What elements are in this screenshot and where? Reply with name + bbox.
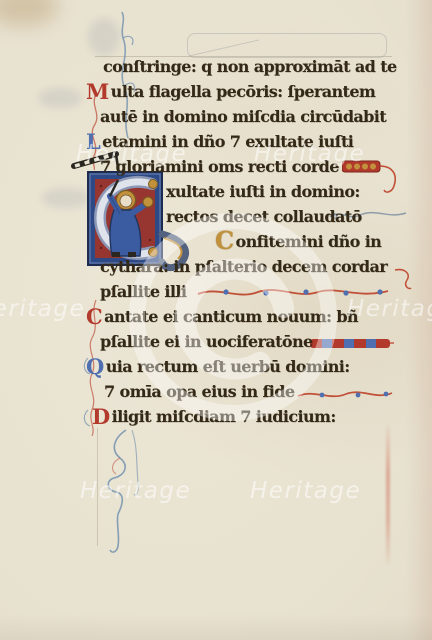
line-text: xultate iuſti in domino: — [166, 182, 360, 201]
manuscript-line: conſtringe: q non approximāt ad te — [103, 57, 397, 79]
penwork-initial: C — [86, 308, 102, 326]
manuscript-line: xultate iuſti in domino: — [166, 182, 360, 204]
line-text: etamini in dño 7 exultate iuſti — [102, 132, 353, 151]
parchment-right-edge-tint — [406, 0, 432, 640]
parchment-corner-stain — [0, 0, 58, 26]
red-margin-squiggle — [393, 266, 415, 292]
circle-c-logo-watermark — [123, 207, 345, 429]
parchment-bottom-shade — [0, 614, 432, 640]
penwork-initial: D — [92, 408, 110, 426]
line-text: ulta flagella pecōris: ſperantem — [111, 82, 376, 101]
penwork-cadel-tail — [98, 428, 152, 558]
manuscript-line: autē in domino miſcdia circūdabit — [100, 107, 386, 129]
manuscript-line: 7 gloriamini oms recti corde — [100, 157, 339, 179]
penwork-initial: M — [86, 83, 109, 101]
manuscript-line: Letamini in dño 7 exultate iuſti — [86, 132, 353, 154]
manuscript-line: Multa flagella pecōris: ſperantem — [86, 82, 375, 104]
red-offset-streak — [386, 426, 390, 564]
heritage-watermark: Heritage — [0, 296, 85, 322]
show-through-frame-diagonal — [187, 36, 267, 58]
show-through-smudge — [38, 88, 82, 108]
line-text: conſtringe: q non approximāt ad te — [103, 57, 397, 76]
penwork-initial: Q — [86, 358, 104, 376]
penwork-initial: L — [86, 133, 100, 151]
heritage-watermark: Heritage — [250, 478, 361, 504]
line-text: 7 gloriamini oms recti corde — [100, 157, 339, 176]
manuscript-page-photo: conſtringe: q non approximāt ad te Multa… — [0, 0, 432, 640]
line-text: autē in domino miſcdia circūdabit — [100, 107, 386, 126]
